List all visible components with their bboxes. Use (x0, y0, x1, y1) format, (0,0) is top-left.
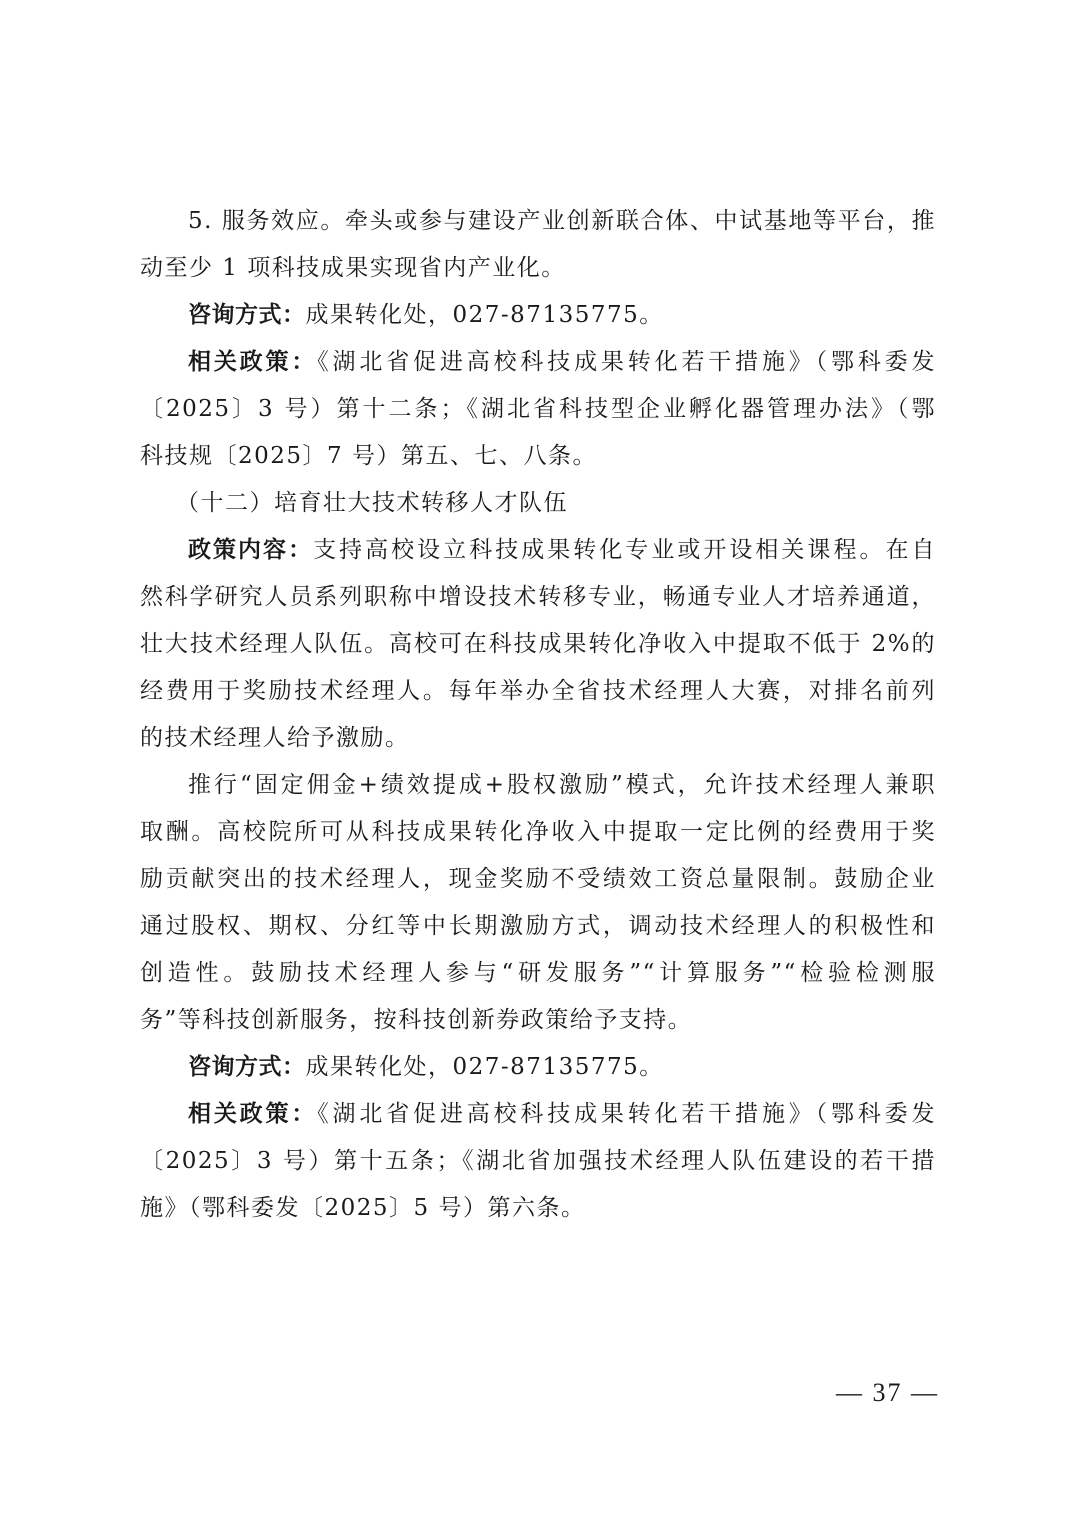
paragraph-service-effect-line-1: 5. 服务效应。牵头或参与建设产业创新联合体、中试基地等平台，推 (140, 198, 936, 245)
promotion-line-1: 推行“固定佣金+绩效提成+股权激励”模式，允许技术经理人兼职 (140, 762, 936, 809)
related-policy-2-line-3: 施》（鄂科委发〔2025〕5 号）第六条。 (140, 1185, 936, 1232)
promotion-line-5: 创造性。鼓励技术经理人参与“研发服务”“计算服务”“检验检测服 (140, 950, 936, 997)
section-heading: （十二）培育壮大技术转移人才队伍 (140, 480, 936, 527)
related-policy-1-line-2: 〔2025〕3 号）第十二条；《湖北省科技型企业孵化器管理办法》（鄂 (140, 386, 936, 433)
policy-content-line-3: 壮大技术经理人队伍。高校可在科技成果转化净收入中提取不低于 2%的 (140, 621, 936, 668)
policy-label: 相关政策： (188, 349, 317, 375)
page-number: — 37 — (836, 1378, 939, 1408)
consult-label: 咨询方式： (188, 302, 306, 328)
page-content: 5. 服务效应。牵头或参与建设产业创新联合体、中试基地等平台，推 动至少 1 项… (140, 198, 936, 1232)
policy-text: 《湖北省促进高校科技成果转化若干措施》（鄂科委发 (317, 1101, 936, 1127)
related-policy-2-line-1: 相关政策：《湖北省促进高校科技成果转化若干措施》（鄂科委发 (140, 1091, 936, 1138)
related-policy-1-line-1: 相关政策：《湖北省促进高校科技成果转化若干措施》（鄂科委发 (140, 339, 936, 386)
related-policy-2-line-2: 〔2025〕3 号）第十五条；《湖北省加强技术经理人队伍建设的若干措 (140, 1138, 936, 1185)
promotion-line-3: 励贡献突出的技术经理人，现金奖励不受绩效工资总量限制。鼓励企业 (140, 856, 936, 903)
consult-text: 成果转化处，027-87135775。 (306, 302, 664, 328)
promotion-line-6: 务”等科技创新服务，按科技创新券政策给予支持。 (140, 997, 936, 1044)
policy-content-line-2: 然科学研究人员系列职称中增设技术转移专业，畅通专业人才培养通道， (140, 574, 936, 621)
policy-content-line-4: 经费用于奖励技术经理人。每年举办全省技术经理人大赛，对排名前列 (140, 668, 936, 715)
policy-content-line-1: 政策内容：支持高校设立科技成果转化专业或开设相关课程。在自 (140, 527, 936, 574)
promotion-line-2: 取酬。高校院所可从科技成果转化净收入中提取一定比例的经费用于奖 (140, 809, 936, 856)
related-policy-1-line-3: 科技规〔2025〕7 号）第五、七、八条。 (140, 433, 936, 480)
consult-text: 成果转化处，027-87135775。 (306, 1054, 664, 1080)
consult-contact-2: 咨询方式：成果转化处，027-87135775。 (140, 1044, 936, 1091)
paragraph-service-effect-line-2: 动至少 1 项科技成果实现省内产业化。 (140, 245, 936, 292)
promotion-line-4: 通过股权、期权、分红等中长期激励方式，调动技术经理人的积极性和 (140, 903, 936, 950)
policy-content-label: 政策内容： (188, 537, 313, 563)
consult-label: 咨询方式： (188, 1054, 306, 1080)
document-page: 5. 服务效应。牵头或参与建设产业创新联合体、中试基地等平台，推 动至少 1 项… (0, 0, 1074, 1520)
policy-label: 相关政策： (188, 1101, 317, 1127)
policy-content-line-5: 的技术经理人给予激励。 (140, 715, 936, 762)
consult-contact-1: 咨询方式：成果转化处，027-87135775。 (140, 292, 936, 339)
policy-content-text: 支持高校设立科技成果转化专业或开设相关课程。在自 (313, 537, 936, 563)
policy-text: 《湖北省促进高校科技成果转化若干措施》（鄂科委发 (317, 349, 936, 375)
